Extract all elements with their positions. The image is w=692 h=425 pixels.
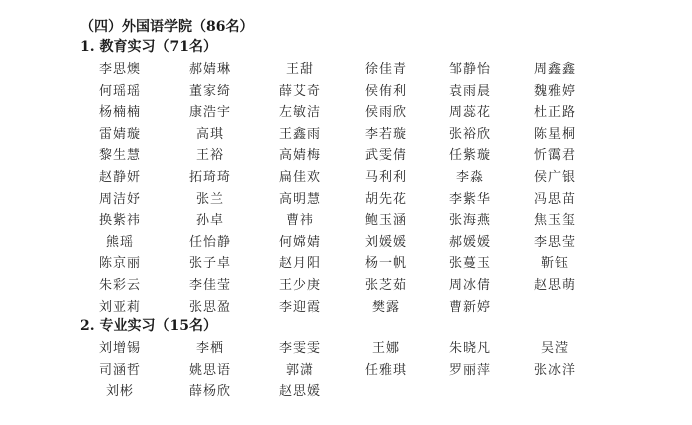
student-name: 赵思媛 xyxy=(255,380,345,399)
student-name: 孙卓 xyxy=(165,209,255,228)
student-name: 司涵哲 xyxy=(75,359,165,378)
student-name: 张兰 xyxy=(165,188,255,207)
student-name: 魏雅婷 xyxy=(510,80,600,99)
student-name: 靳钰 xyxy=(510,252,600,271)
student-name: 徐佳青 xyxy=(341,58,431,77)
student-name: 拓琦琦 xyxy=(165,166,255,185)
professional-internship-name-grid: 刘增锡李栖李雯雯王娜朱晓凡吴滢司涵哲姚思语郭潇任雅琪罗丽萍张冰洋刘彬薛杨欣赵思媛 xyxy=(75,335,605,400)
student-name: 熊瑶 xyxy=(75,231,165,250)
student-name: 刘媛媛 xyxy=(341,231,431,250)
student-name: 李思燠 xyxy=(75,58,165,77)
student-name: 李思莹 xyxy=(510,231,600,250)
student-name: 杨楠楠 xyxy=(75,101,165,120)
name-row: 杨楠楠康浩宇左敏洁侯雨欣周蕊花杜正路 xyxy=(75,99,605,121)
name-row: 刘彬薛杨欣赵思媛 xyxy=(75,378,605,400)
student-name: 李若璇 xyxy=(341,123,431,142)
student-name: 换紫祎 xyxy=(75,209,165,228)
student-name: 何瑶瑶 xyxy=(75,80,165,99)
student-name: 何嫦婧 xyxy=(255,231,345,250)
student-name: 鲍玉涵 xyxy=(341,209,431,228)
student-name: 刘彬 xyxy=(75,380,165,399)
student-name: 朱彩云 xyxy=(75,274,165,293)
student-name: 王甜 xyxy=(255,58,345,77)
student-name: 冯思苗 xyxy=(510,188,600,207)
student-name: 罗丽萍 xyxy=(425,359,515,378)
student-name: 焦玉玺 xyxy=(510,209,600,228)
student-name: 张冰洋 xyxy=(510,359,600,378)
student-name: 张海燕 xyxy=(425,209,515,228)
student-name: 张裕欣 xyxy=(425,123,515,142)
student-name: 曹祎 xyxy=(255,209,345,228)
student-name: 康浩宇 xyxy=(165,101,255,120)
name-row: 李思燠郝婧琳王甜徐佳青邹静怡周鑫鑫 xyxy=(75,56,605,78)
student-name: 扁佳欢 xyxy=(255,166,345,185)
student-name: 周洁妤 xyxy=(75,188,165,207)
student-name: 刘亚莉 xyxy=(75,296,165,315)
student-name: 侯雨欣 xyxy=(341,101,431,120)
section-heading-education-internship: 1. 教育实习（71名） xyxy=(80,36,217,56)
section-heading-professional-internship: 2. 专业实习（15名） xyxy=(80,315,217,335)
student-name: 忻霭君 xyxy=(510,144,600,163)
student-name: 李紫华 xyxy=(425,188,515,207)
student-name: 姚思语 xyxy=(165,359,255,378)
name-row: 司涵哲姚思语郭潇任雅琪罗丽萍张冰洋 xyxy=(75,357,605,379)
student-name: 赵思萌 xyxy=(510,274,600,293)
name-row: 朱彩云李佳莹王少庚张芝茹周冰倩赵思萌 xyxy=(75,272,605,294)
student-name: 薛杨欣 xyxy=(165,380,255,399)
student-name: 刘增锡 xyxy=(75,337,165,356)
student-name: 陈京丽 xyxy=(75,252,165,271)
student-name: 杜正路 xyxy=(510,101,600,120)
student-name: 杨一帆 xyxy=(341,252,431,271)
student-name: 李淼 xyxy=(425,166,515,185)
student-name: 张子卓 xyxy=(165,252,255,271)
student-name: 张蔓玉 xyxy=(425,252,515,271)
student-name: 任雅琪 xyxy=(341,359,431,378)
name-row: 周洁妤张兰高明慧胡先花李紫华冯思苗 xyxy=(75,186,605,208)
name-row: 刘亚莉张思盈李迎霞樊露曹新婷 xyxy=(75,294,605,316)
student-name: 朱晓凡 xyxy=(425,337,515,356)
student-name: 左敏洁 xyxy=(255,101,345,120)
student-name: 侯广银 xyxy=(510,166,600,185)
student-name: 袁雨晨 xyxy=(425,80,515,99)
student-name: 薛艾奇 xyxy=(255,80,345,99)
student-name: 郝媛媛 xyxy=(425,231,515,250)
student-name: 周冰倩 xyxy=(425,274,515,293)
student-name: 王裕 xyxy=(165,144,255,163)
student-name: 周蕊花 xyxy=(425,101,515,120)
student-name: 任紫璇 xyxy=(425,144,515,163)
name-row: 刘增锡李栖李雯雯王娜朱晓凡吴滢 xyxy=(75,335,605,357)
student-name: 王鑫雨 xyxy=(255,123,345,142)
student-name: 胡先花 xyxy=(341,188,431,207)
student-name: 高婧梅 xyxy=(255,144,345,163)
student-name: 雷婧璇 xyxy=(75,123,165,142)
name-row: 何瑶瑶董家绮薛艾奇侯侑利袁雨晨魏雅婷 xyxy=(75,78,605,100)
student-name: 赵静妍 xyxy=(75,166,165,185)
name-row: 换紫祎孙卓曹祎鲍玉涵张海燕焦玉玺 xyxy=(75,207,605,229)
document-title: （四）外国语学院（86名） xyxy=(80,16,253,36)
student-name: 郝婧琳 xyxy=(165,58,255,77)
student-name: 黎生慧 xyxy=(75,144,165,163)
student-name: 吴滢 xyxy=(510,337,600,356)
student-name: 陈星桐 xyxy=(510,123,600,142)
student-name: 王少庚 xyxy=(255,274,345,293)
name-row: 熊瑶任怡静何嫦婧刘媛媛郝媛媛李思莹 xyxy=(75,229,605,251)
student-name: 高明慧 xyxy=(255,188,345,207)
student-name: 高琪 xyxy=(165,123,255,142)
student-name: 周鑫鑫 xyxy=(510,58,600,77)
name-row: 雷婧璇高琪王鑫雨李若璇张裕欣陈星桐 xyxy=(75,121,605,143)
student-name: 张芝茹 xyxy=(341,274,431,293)
student-name: 王娜 xyxy=(341,337,431,356)
student-name: 侯侑利 xyxy=(341,80,431,99)
student-name: 樊露 xyxy=(341,296,431,315)
student-name: 李栖 xyxy=(165,337,255,356)
student-name: 邹静怡 xyxy=(425,58,515,77)
student-name: 李迎霞 xyxy=(255,296,345,315)
name-row: 黎生慧王裕高婧梅武雯倩任紫璇忻霭君 xyxy=(75,142,605,164)
student-name: 张思盈 xyxy=(165,296,255,315)
student-name: 任怡静 xyxy=(165,231,255,250)
student-name: 董家绮 xyxy=(165,80,255,99)
student-name: 郭潇 xyxy=(255,359,345,378)
student-name: 李佳莹 xyxy=(165,274,255,293)
name-row: 陈京丽张子卓赵月阳杨一帆张蔓玉靳钰 xyxy=(75,250,605,272)
education-internship-name-grid: 李思燠郝婧琳王甜徐佳青邹静怡周鑫鑫何瑶瑶董家绮薛艾奇侯侑利袁雨晨魏雅婷杨楠楠康浩… xyxy=(75,56,605,315)
student-name: 武雯倩 xyxy=(341,144,431,163)
student-name: 赵月阳 xyxy=(255,252,345,271)
name-row: 赵静妍拓琦琦扁佳欢马利利李淼侯广银 xyxy=(75,164,605,186)
student-name: 马利利 xyxy=(341,166,431,185)
student-name: 李雯雯 xyxy=(255,337,345,356)
student-name: 曹新婷 xyxy=(425,296,515,315)
